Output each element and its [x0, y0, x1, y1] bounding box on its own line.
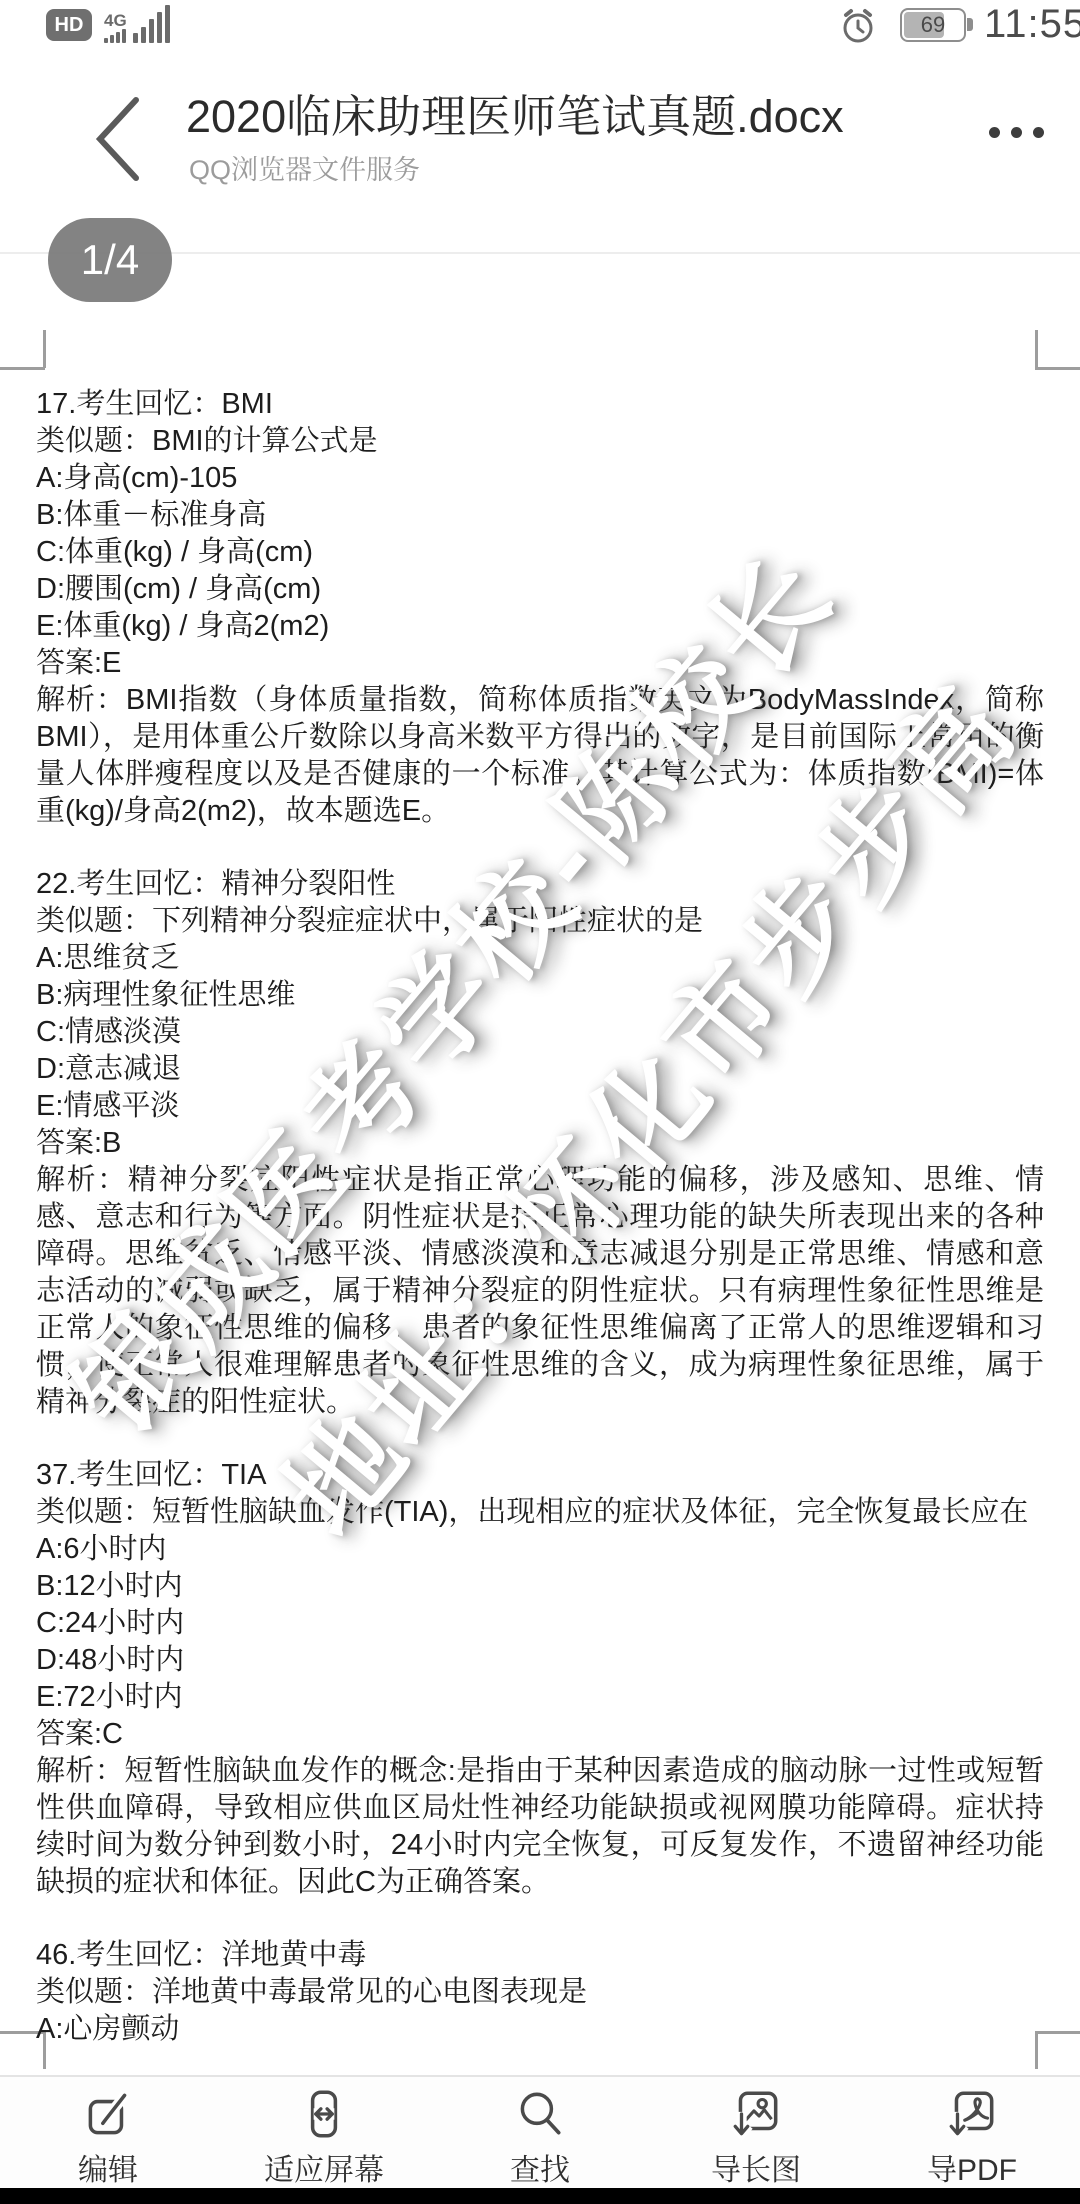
question-recall: 37.考生回忆：TIA [36, 1457, 1044, 1494]
toolbar-label: 导PDF [927, 2145, 1017, 2189]
page-corner-mark-top-right-v [1035, 330, 1038, 368]
question-block: 17.考生回忆：BMI 类似题：BMI的计算公式是 A:身高(cm)-105 B… [36, 386, 1044, 830]
signal-bars-sim1-icon [104, 29, 126, 43]
toolbar-item-edit[interactable]: 编辑 [0, 2077, 216, 2190]
hd-volte-icon: HD [46, 9, 92, 41]
chevron-left-icon [100, 100, 136, 178]
toolbar-item-export-pdf[interactable]: 导PDF [864, 2077, 1080, 2190]
edit-pencil-icon [79, 2085, 137, 2143]
option-line: D:意志减退 [36, 1051, 1044, 1088]
question-similar: 类似题：短暂性脑缺血发作(TIA)，出现相应的症状及体征，完全恢复最长应在 [36, 1494, 1044, 1531]
export-pdf-icon [943, 2085, 1001, 2143]
ellipsis-icon [989, 127, 1000, 138]
option-line: A:身高(cm)-105 [36, 460, 1044, 497]
toolbar-item-fit-screen[interactable]: 适应屏幕 [216, 2077, 432, 2190]
bottom-toolbar: 编辑 适应屏幕 查找 导长图 [0, 2075, 1080, 2190]
option-line: C:情感淡漠 [36, 1014, 1044, 1051]
option-line: D:48小时内 [36, 1642, 1044, 1679]
option-line: B:病理性象征性思维 [36, 977, 1044, 1014]
toolbar-label: 查找 [510, 2145, 570, 2189]
option-line: C:24小时内 [36, 1605, 1044, 1642]
bottom-black-bar [0, 2188, 1080, 2204]
battery-nub [967, 18, 973, 31]
toolbar-item-find[interactable]: 查找 [432, 2077, 648, 2190]
question-block: 22.考生回忆：精神分裂阳性 类似题：下列精神分裂症症状中，属于阳性症状的是 A… [36, 866, 1044, 1421]
more-menu-button[interactable] [975, 110, 1057, 154]
question-similar: 类似题：洋地黄中毒最常见的心电图表现是 [36, 1974, 1044, 2011]
option-line: C:体重(kg) / 身高(cm) [36, 534, 1044, 571]
clock-time: 11:55 [984, 2, 1080, 47]
signal-bars-sim2-icon [133, 5, 170, 43]
document-title: 2020临床助理医师笔试真题.docx [186, 80, 966, 145]
option-line: E:体重(kg) / 身高2(m2) [36, 608, 1044, 645]
question-similar: 类似题：下列精神分裂症症状中，属于阳性症状的是 [36, 903, 1044, 940]
answer-line: 答案:C [36, 1716, 1044, 1753]
document-page-content: 17.考生回忆：BMI 类似题：BMI的计算公式是 A:身高(cm)-105 B… [36, 386, 1044, 2084]
toolbar-item-export-long-image[interactable]: 导长图 [648, 2077, 864, 2190]
option-line: E:情感平淡 [36, 1088, 1044, 1125]
page-corner-mark-top-right-h [1035, 367, 1080, 370]
status-bar: HD 4G 69 11:55 [0, 0, 1080, 48]
option-line: A:心房颤动 [36, 2011, 1044, 2048]
service-subtitle: QQ浏览器文件服务 [189, 148, 420, 187]
answer-line: 答案:E [36, 645, 1044, 682]
analysis-paragraph: 解析：精神分裂症阳性症状是指正常心理功能的偏移，涉及感知、思维、情感、意志和行为… [36, 1162, 1044, 1421]
option-line: E:72小时内 [36, 1679, 1044, 1716]
fit-screen-icon [295, 2085, 353, 2143]
option-line: D:腰围(cm) / 身高(cm) [36, 571, 1044, 608]
back-button[interactable] [84, 94, 154, 184]
battery-indicator: 69 [900, 8, 966, 42]
search-icon [511, 2085, 569, 2143]
analysis-paragraph: 解析：BMI指数（身体质量指数，简称体质指数英文为BodyMassIndex，简… [36, 682, 1044, 830]
question-recall: 46.考生回忆：洋地黄中毒 [36, 1937, 1044, 1974]
page-corner-mark-top-left-h [0, 367, 45, 370]
answer-line: 答案:B [36, 1125, 1044, 1162]
network-type-label: 4G [104, 12, 127, 29]
question-recall: 22.考生回忆：精神分裂阳性 [36, 866, 1044, 903]
question-similar: 类似题：BMI的计算公式是 [36, 423, 1044, 460]
question-recall: 17.考生回忆：BMI [36, 386, 1044, 423]
page-corner-mark-top-left-v [43, 330, 46, 368]
analysis-paragraph: 解析：短暂性脑缺血发作的概念:是指由于某种因素造成的脑动脉一过性或短暂性供血障碍… [36, 1753, 1044, 1901]
toolbar-label: 导长图 [711, 2145, 801, 2189]
header: 2020临床助理医师笔试真题.docx QQ浏览器文件服务 [0, 48, 1080, 204]
option-line: A:思维贫乏 [36, 940, 1044, 977]
cellular-signal-icon: 4G [104, 5, 170, 43]
alarm-clock-icon [838, 6, 878, 46]
document-viewer-screen: HD 4G 69 11:55 2020临床助理医师笔试真题.docx QQ浏览器… [0, 0, 1080, 2204]
question-block: 46.考生回忆：洋地黄中毒 类似题：洋地黄中毒最常见的心电图表现是 A:心房颤动 [36, 1937, 1044, 2048]
option-line: B:12小时内 [36, 1568, 1044, 1605]
question-block: 37.考生回忆：TIA 类似题：短暂性脑缺血发作(TIA)，出现相应的症状及体征… [36, 1457, 1044, 1901]
option-line: B:体重－标准身高 [36, 497, 1044, 534]
option-line: A:6小时内 [36, 1531, 1044, 1568]
page-number-badge: 1/4 [48, 218, 172, 302]
export-long-image-icon [727, 2085, 785, 2143]
battery-percent: 69 [902, 10, 964, 40]
toolbar-label: 编辑 [78, 2145, 138, 2189]
toolbar-label: 适应屏幕 [264, 2145, 384, 2189]
